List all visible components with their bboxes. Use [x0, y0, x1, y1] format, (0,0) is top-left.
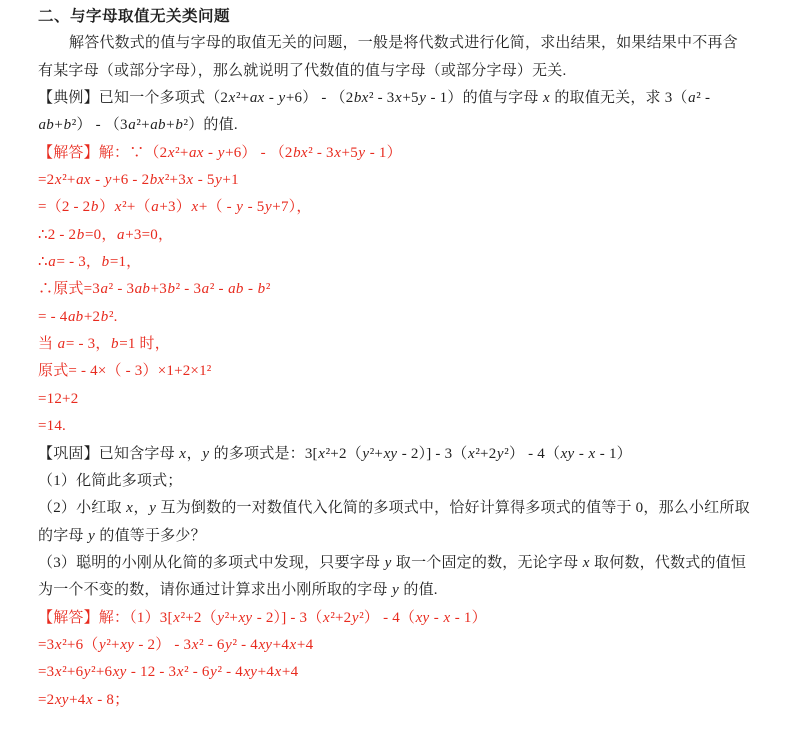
text-line: 为一个不变的数，请你通过计算求出小刚所取的字母 y 的值.: [38, 577, 760, 604]
text-line: 有某字母（或部分字母），那么就说明了代数值的值与字母（或部分字母）无关.: [38, 58, 760, 85]
text-line: 【解答】解：∵（2x²+ax - y+6） - （2bx² - 3x+5y - …: [38, 140, 760, 167]
document-body: 解答代数式的值与字母的取值无关的问题，一般是将代数式进行化简，求出结果，如果结果…: [38, 30, 760, 714]
text-line: =2xy+4x - 8；: [38, 687, 760, 714]
text-line: =3x²+6（y²+xy - 2） - 3x² - 6y² - 4xy+4x+4: [38, 632, 760, 659]
section-heading: 二、与字母取值无关类问题: [38, 3, 760, 30]
text-line: 【典例】已知一个多项式（2x²+ax - y+6） - （2bx² - 3x+5…: [38, 85, 760, 112]
text-line: ab+b²） - （3a²+ab+b²）的值.: [38, 112, 760, 139]
text-line: =14.: [38, 413, 760, 440]
text-line: =（2 - 2b）x²+（a+3）x+（ - y - 5y+7），: [38, 194, 760, 221]
text-line: 【解答】解：（1）3[x²+2（y²+xy - 2）] - 3（x²+2y²） …: [38, 605, 760, 632]
document-page: 二、与字母取值无关类问题 解答代数式的值与字母的取值无关的问题，一般是将代数式进…: [0, 0, 790, 729]
text-line: （2）小红取 x，y 互为倒数的一对数值代入化简的多项式中，恰好计算得多项式的值…: [38, 495, 760, 522]
text-line: =12+2: [38, 386, 760, 413]
text-line: 原式= - 4×（ - 3）×1+2×1²: [38, 358, 760, 385]
text-line: ∴a= - 3，b=1，: [38, 249, 760, 276]
text-line: =2x²+ax - y+6 - 2bx²+3x - 5y+1: [38, 167, 760, 194]
text-line: （1）化简此多项式；: [38, 468, 760, 495]
text-line: = - 4ab+2b².: [38, 304, 760, 331]
text-line: ∴2 - 2b=0，a+3=0，: [38, 222, 760, 249]
text-line: 【巩固】已知含字母 x，y 的多项式是：3[x²+2（y²+xy - 2）] -…: [38, 441, 760, 468]
text-line: （3）聪明的小刚从化简的多项式中发现，只要字母 y 取一个固定的数，无论字母 x…: [38, 550, 760, 577]
text-line: 的字母 y 的值等于多少？: [38, 523, 760, 550]
text-line: =3x²+6y²+6xy - 12 - 3x² - 6y² - 4xy+4x+4: [38, 659, 760, 686]
text-line: ∴原式=3a² - 3ab+3b² - 3a² - ab - b²: [38, 276, 760, 303]
text-line: 当 a= - 3，b=1 时，: [38, 331, 760, 358]
text-line: 解答代数式的值与字母的取值无关的问题，一般是将代数式进行化简，求出结果，如果结果…: [38, 30, 760, 57]
